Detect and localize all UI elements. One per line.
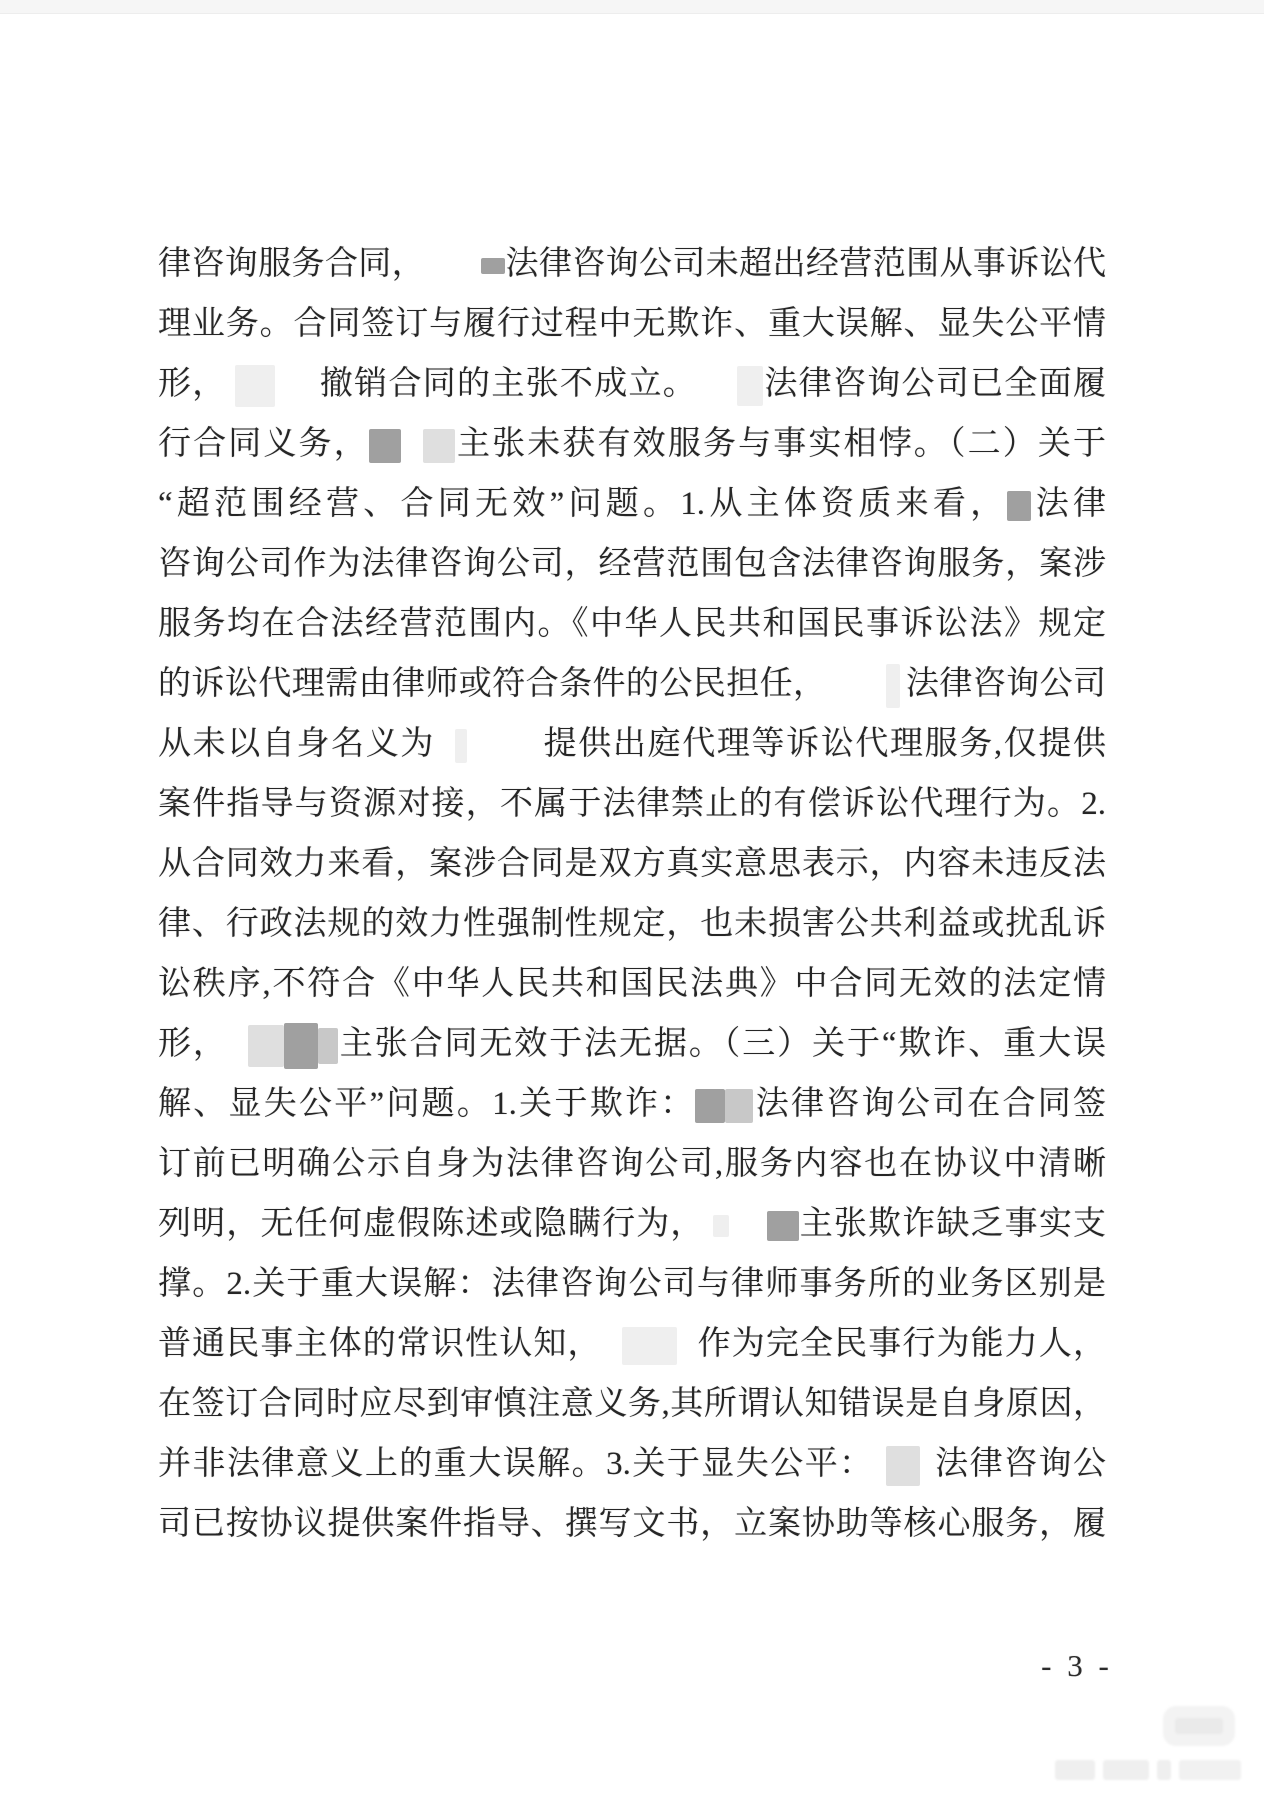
text-segment: “超范围经营、合同无效”问题。1.从主体资质来看，: [158, 486, 1007, 522]
text-segment: 理业务。合同签订与履行过程中无欺诈、重大误解、显失公平情: [158, 306, 1106, 342]
redaction-box: [695, 1089, 725, 1123]
redaction-gap: [467, 746, 542, 754]
text-segment: 法律: [1031, 486, 1106, 522]
text-segment: 律咨询服务合同，: [158, 246, 425, 282]
redaction-gap: [826, 686, 886, 694]
text-segment: 形，: [158, 1026, 228, 1062]
text-segment: 律、行政法规的效力性强制性规定，也未损害公共利益或扰乱诉: [158, 906, 1106, 942]
redaction-gap: [401, 446, 423, 454]
watermark-text: [1055, 1758, 1250, 1782]
redaction-box: [248, 1025, 284, 1067]
redaction-box: [767, 1211, 799, 1241]
redaction-box: [423, 429, 455, 463]
redaction-gap: [729, 1226, 767, 1234]
redaction-box: [622, 1327, 677, 1365]
xiaohongshu-watermark: [1040, 1700, 1250, 1790]
text-line: 行合同义务，主张未获有效服务与事实相悖。（二）关于: [158, 414, 1106, 474]
redaction-box: [725, 1089, 753, 1123]
text-segment: 行合同义务，: [158, 426, 369, 462]
text-line: 从未以自身名义为提供出庭代理等诉讼代理服务,仅提供: [158, 714, 1106, 774]
text-segment: 撤销合同的主张不成立。: [319, 366, 698, 402]
text-segment: 在签订合同时应尽到审慎注意义务,其所谓认知错误是自身原因，: [158, 1386, 1106, 1422]
text-segment: 案件指导与资源对接，不属于法律禁止的有偿诉讼代理行为。2.: [158, 786, 1106, 822]
text-segment: 列明，无任何虚假陈述或隐瞒行为，: [158, 1206, 705, 1242]
redaction-gap: [435, 746, 455, 754]
text-segment: 咨询公司作为法律咨询公司，经营范围包含法律咨询服务，案涉: [158, 546, 1106, 582]
text-line: 的诉讼代理需由律师或符合条件的公民担任，法律咨询公司: [158, 654, 1106, 714]
text-segment: 法律咨询公: [934, 1446, 1106, 1482]
text-segment: 讼秩序,不符合《中华人民共和国民法典》中合同无效的法定情: [158, 966, 1106, 1002]
text-segment: 主张未获有效服务与事实相悖。（二）关于: [455, 426, 1106, 462]
text-line: 形，撤销合同的主张不成立。法律咨询公司已全面履: [158, 354, 1106, 414]
text-line: 订前已明确公示自身为法律咨询公司,服务内容也在协议中清晰: [158, 1134, 1106, 1194]
document-page: { "page": { "number": "- 3 -" }, "docume…: [0, 0, 1264, 1808]
text-line: 律、行政法规的效力性强制性规定，也未损害公共利益或扰乱诉: [158, 894, 1106, 954]
text-segment: 普通民事主体的常识性认知，: [158, 1326, 602, 1362]
redaction-gap: [677, 1346, 697, 1354]
text-segment: 服务均在合法经营范围内。《中华人民共和国民事诉讼法》规定: [158, 606, 1106, 642]
photo-edge-artifact: [0, 0, 1264, 14]
redaction-box: [713, 1215, 729, 1237]
document-body: 律咨询服务合同，法律咨询公司未超出经营范围从事诉讼代理业务。合同签订与履行过程中…: [158, 234, 1106, 1554]
text-line: 案件指导与资源对接，不属于法律禁止的有偿诉讼代理行为。2.: [158, 774, 1106, 834]
redaction-box: [1007, 491, 1031, 521]
text-line: 律咨询服务合同，法律咨询公司未超出经营范围从事诉讼代: [158, 234, 1106, 294]
watermark-badge: [1163, 1706, 1235, 1746]
text-segment: 的诉讼代理需由律师或符合条件的公民担任，: [158, 666, 826, 702]
text-line: “超范围经营、合同无效”问题。1.从主体资质来看，法律: [158, 474, 1106, 534]
text-line: 并非法律意义上的重大误解。3.关于显失公平：法律咨询公: [158, 1434, 1106, 1494]
redaction-gap: [920, 1466, 934, 1474]
text-line: 理业务。合同签订与履行过程中无欺诈、重大误解、显失公平情: [158, 294, 1106, 354]
text-line: 从合同效力来看，案涉合同是双方真实意思表示，内容未违反法: [158, 834, 1106, 894]
text-segment: 法律咨询公司已全面履: [763, 366, 1106, 402]
text-segment: 法律咨询公司在合同签: [753, 1086, 1106, 1122]
redaction-gap: [275, 386, 319, 394]
text-line: 讼秩序,不符合《中华人民共和国民法典》中合同无效的法定情: [158, 954, 1106, 1014]
text-segment: 形，: [158, 366, 227, 402]
text-line: 在签订合同时应尽到审慎注意义务,其所谓认知错误是自身原因，: [158, 1374, 1106, 1434]
text-segment: 司已按协议提供案件指导、撰写文书，立案协助等核心服务，履: [158, 1506, 1106, 1542]
redaction-gap: [425, 266, 481, 274]
text-line: 咨询公司作为法律咨询公司，经营范围包含法律咨询服务，案涉: [158, 534, 1106, 594]
text-segment: 法律咨询公司未超出经营范围从事诉讼代: [505, 246, 1106, 282]
text-line: 司已按协议提供案件指导、撰写文书，立案协助等核心服务，履: [158, 1494, 1106, 1554]
text-segment: 从未以自身名义为: [158, 726, 435, 762]
redaction-box: [481, 258, 505, 274]
text-line: 撑。2.关于重大误解：法律咨询公司与律师事务所的业务区别是: [158, 1254, 1106, 1314]
text-segment: 作为完全民事行为能力人，: [697, 1326, 1106, 1362]
text-line: 普通民事主体的常识性认知，作为完全民事行为能力人，: [158, 1314, 1106, 1374]
text-line: 列明，无任何虚假陈述或隐瞒行为，主张欺诈缺乏事实支: [158, 1194, 1106, 1254]
redaction-gap: [602, 1346, 622, 1354]
text-line: 形，主张合同无效于法无据。（三）关于“欺诈、重大误: [158, 1014, 1106, 1074]
text-line: 解、显失公平”问题。1.关于欺诈：法律咨询公司在合同签: [158, 1074, 1106, 1134]
text-segment: 并非法律意义上的重大误解。3.关于显失公平：: [158, 1446, 874, 1482]
redaction-gap: [697, 386, 737, 394]
page-number: - 3 -: [1012, 1648, 1142, 1692]
text-segment: 订前已明确公示自身为法律咨询公司,服务内容也在协议中清晰: [158, 1146, 1106, 1182]
redaction-box: [318, 1028, 338, 1064]
text-segment: 撑。2.关于重大误解：法律咨询公司与律师事务所的业务区别是: [158, 1266, 1106, 1302]
redaction-box: [455, 729, 467, 763]
redaction-gap: [228, 1046, 248, 1054]
redaction-gap: [227, 386, 235, 394]
redaction-gap: [705, 1226, 713, 1234]
text-segment: 主张合同无效于法无据。（三）关于“欺诈、重大误: [338, 1026, 1106, 1062]
redaction-gap: [874, 1466, 886, 1474]
redaction-box: [886, 1446, 920, 1486]
redaction-box: [737, 366, 763, 406]
redaction-box: [886, 664, 900, 708]
redaction-box: [235, 365, 275, 407]
text-segment: 主张欺诈缺乏事实支: [799, 1206, 1106, 1242]
text-segment: 提供出庭代理等诉讼代理服务,仅提供: [542, 726, 1106, 762]
text-segment: 法律咨询公司: [905, 666, 1106, 702]
text-segment: 从合同效力来看，案涉合同是双方真实意思表示，内容未违反法: [158, 846, 1106, 882]
watermark-badge-glyphs: [1175, 1718, 1223, 1734]
text-line: 服务均在合法经营范围内。《中华人民共和国民事诉讼法》规定: [158, 594, 1106, 654]
text-segment: 解、显失公平”问题。1.关于欺诈：: [158, 1086, 695, 1122]
redaction-box: [369, 429, 401, 463]
redaction-box: [284, 1023, 318, 1069]
